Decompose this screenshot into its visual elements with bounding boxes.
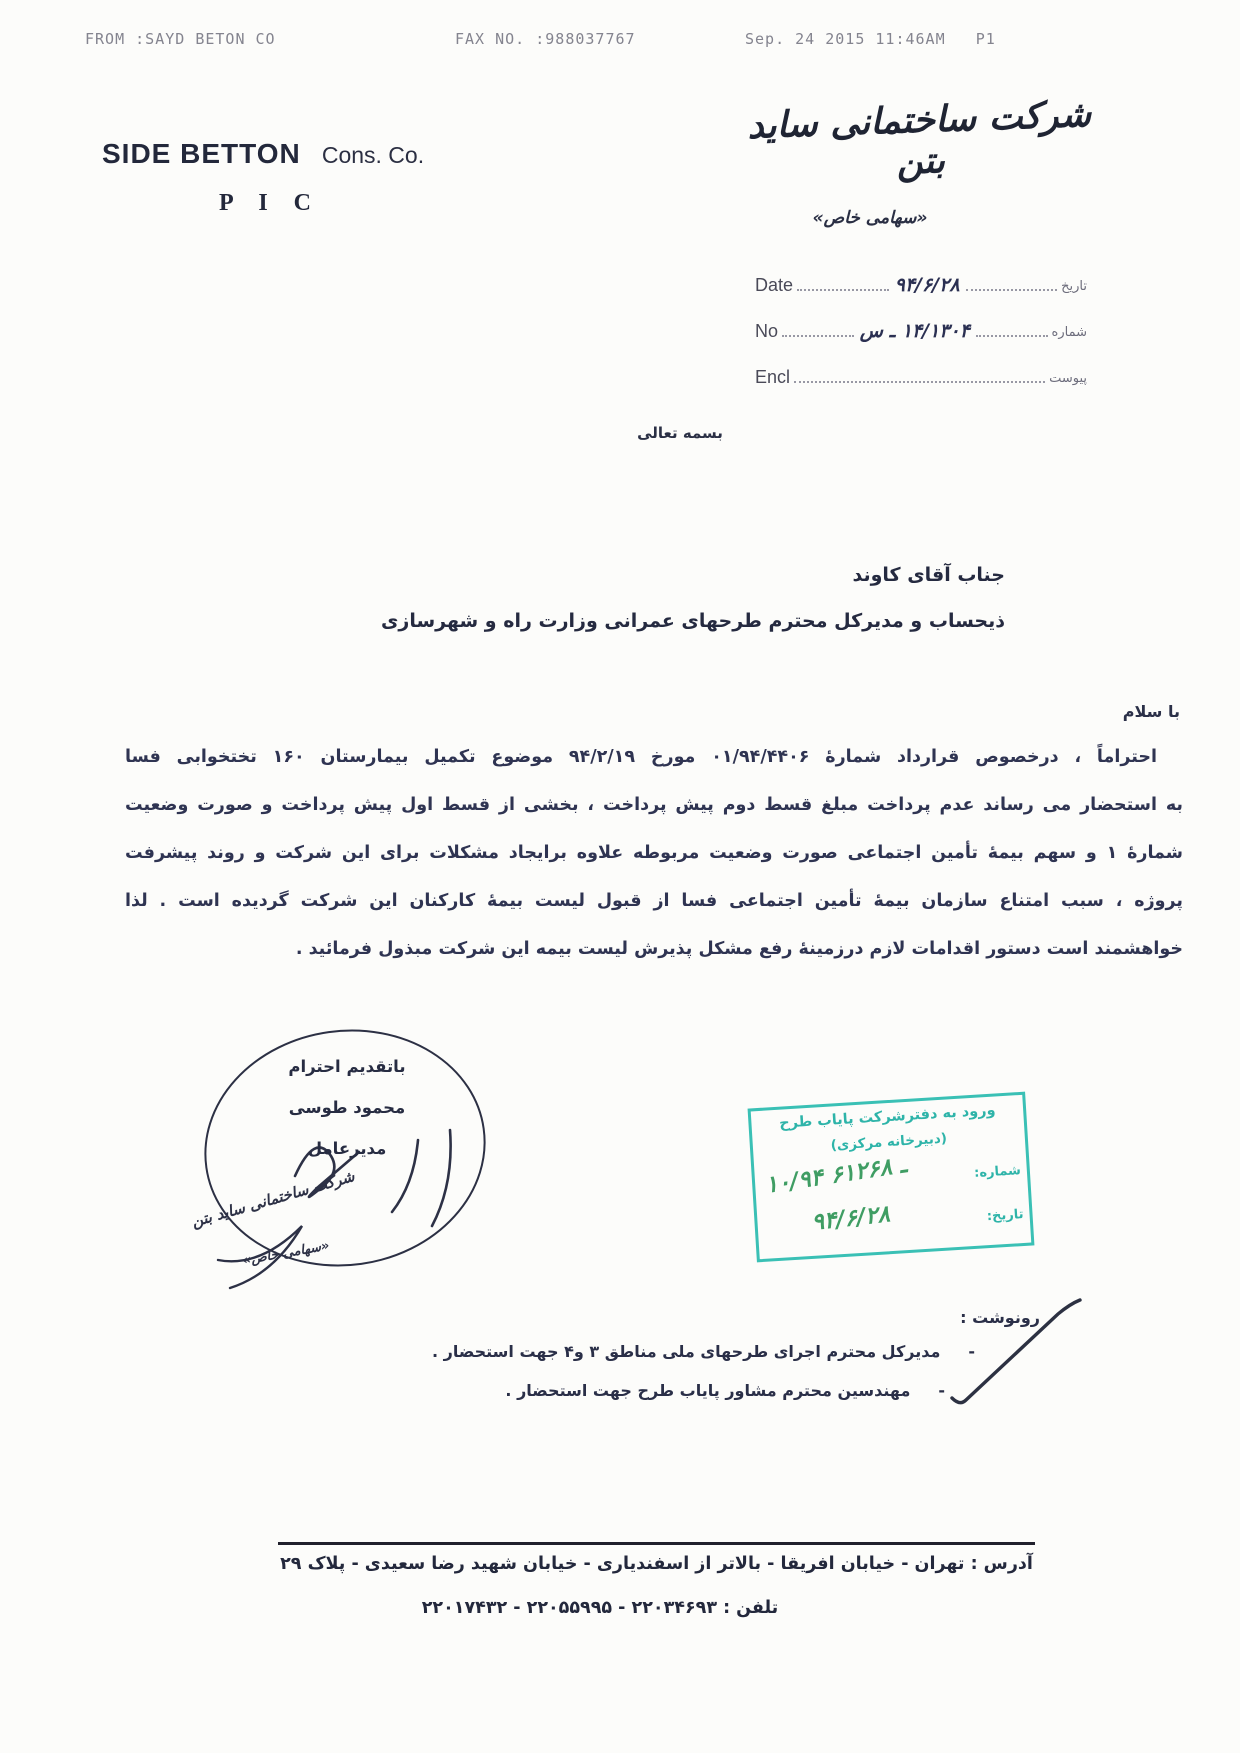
- letter-body: احتراماً ، درخصوص قرارداد شمارهٔ ۰۱/۹۴/۴…: [125, 740, 1183, 980]
- body-line: پروژه ، سبب امتناع سازمان بیمهٔ تأمین اج…: [125, 884, 1183, 932]
- addressee-block: جناب آقای کاوند ذیحساب و مدیرکل محترم طر…: [225, 552, 1005, 644]
- letterhead-english: SIDE BETTON Cons. Co.: [102, 138, 424, 170]
- date-label-en: Date: [755, 275, 793, 296]
- besmele-heading: بسمه تعالی: [580, 424, 780, 442]
- date-label-fa: تاریخ: [1061, 279, 1087, 296]
- footer-divider: [278, 1542, 1035, 1545]
- signatory-title: مدیرعامل: [228, 1128, 466, 1169]
- body-line: احتراماً ، درخصوص قرارداد شمارهٔ ۰۱/۹۴/۴…: [125, 740, 1183, 788]
- field-row-number: No ۱۴/۱۳۰۴ ـ س شماره: [755, 314, 1087, 342]
- pen-checkmark: [940, 1288, 1090, 1413]
- company-abbr: P I C: [110, 190, 430, 217]
- date-handwritten-value: ۹۴/۶/۲۸: [893, 274, 962, 296]
- entry-stamp-date-handwritten: ۹۴/۶/۲۸: [810, 1201, 891, 1236]
- fax-datetime: Sep. 24 2015 11:46AM: [745, 30, 946, 48]
- salutation: با سلام: [960, 702, 1180, 721]
- company-type-fa: «سهامی خاص»: [760, 208, 980, 228]
- fax-number: FAX NO. :988037767: [455, 30, 636, 48]
- body-line: شمارهٔ ۱ و سهم بیمهٔ تأمین اجتماعی صورت …: [125, 836, 1183, 884]
- company-name-fa-calligraphy: شرکت ساختمانی ساید بتن: [719, 93, 1122, 190]
- enclosure-label-fa: پیوست: [1049, 371, 1087, 388]
- addressee-name: جناب آقای کاوند: [225, 552, 1005, 598]
- field-row-date: Date ۹۴/۶/۲۸ تاریخ: [755, 268, 1087, 296]
- signature-block: باتقدیم احترام محمود طوسی مدیرعامل: [228, 1046, 466, 1169]
- entry-stamp-date-label: تاریخ:: [986, 1207, 1024, 1224]
- number-label-en: No: [755, 321, 778, 342]
- entry-registration-stamp: ورود به دفترشرکت پایاب طرح (دبیرخانه مرک…: [748, 1092, 1035, 1263]
- fax-page-number: P1: [976, 30, 996, 48]
- dotted-leader: [966, 289, 1058, 291]
- number-label-fa: شماره: [1052, 325, 1087, 342]
- dotted-leader: [976, 335, 1048, 337]
- dotted-leader: [797, 289, 889, 291]
- dotted-leader: [782, 335, 854, 337]
- body-line: خواهشمند است دستور اقدامات لازم درزمینهٔ…: [125, 932, 1183, 980]
- footer-phone: تلفن : ۲۲۰۳۴۶۹۳ - ۲۲۰۵۵۹۹۵ - ۲۲۰۱۷۴۳۲: [280, 1598, 920, 1618]
- company-type-en: Cons. Co.: [322, 142, 424, 168]
- fax-timestamp: Sep. 24 2015 11:46AM P1: [745, 30, 996, 48]
- cc-item: - مهندسین محترم مشاور پایاب طرح جهت استح…: [505, 1381, 945, 1400]
- company-name-en: SIDE BETTON: [102, 138, 301, 169]
- entry-stamp-number-handwritten: ۱۰/۹۴ ـ ۶۱۲۶۸: [764, 1152, 909, 1199]
- footer-address: آدرس : تهران - خیابان افریقا - بالاتر از…: [278, 1554, 1035, 1574]
- cc-item-text: مدیرکل محترم اجرای طرحهای ملی مناطق ۳ و۴…: [432, 1342, 940, 1361]
- entry-stamp-number-label: شماره:: [974, 1163, 1022, 1181]
- signatory-name: محمود طوسی: [228, 1087, 466, 1128]
- cc-item-text: مهندسین محترم مشاور پایاب طرح جهت استحضا…: [505, 1381, 910, 1400]
- field-row-enclosure: Encl پیوست: [755, 360, 1087, 388]
- dotted-leader: [794, 381, 1045, 383]
- addressee-title: ذیحساب و مدیرکل محترم طرحهای عمرانی وزار…: [225, 598, 1005, 644]
- fax-letter-page: FROM :SAYD BETON CO FAX NO. :988037767 S…: [0, 0, 1240, 1753]
- checkmark-stroke: [952, 1300, 1080, 1403]
- enclosure-label-en: Encl: [755, 367, 790, 388]
- number-handwritten-value: ۱۴/۱۳۰۴ ـ س: [858, 320, 972, 342]
- cc-item: - مدیرکل محترم اجرای طرحهای ملی مناطق ۳ …: [432, 1342, 975, 1361]
- body-line: به استحضار می رساند عدم پرداخت مبلغ قسط …: [125, 788, 1183, 836]
- fax-from: FROM :SAYD BETON CO: [85, 30, 276, 48]
- signature-respect-line: باتقدیم احترام: [228, 1046, 466, 1087]
